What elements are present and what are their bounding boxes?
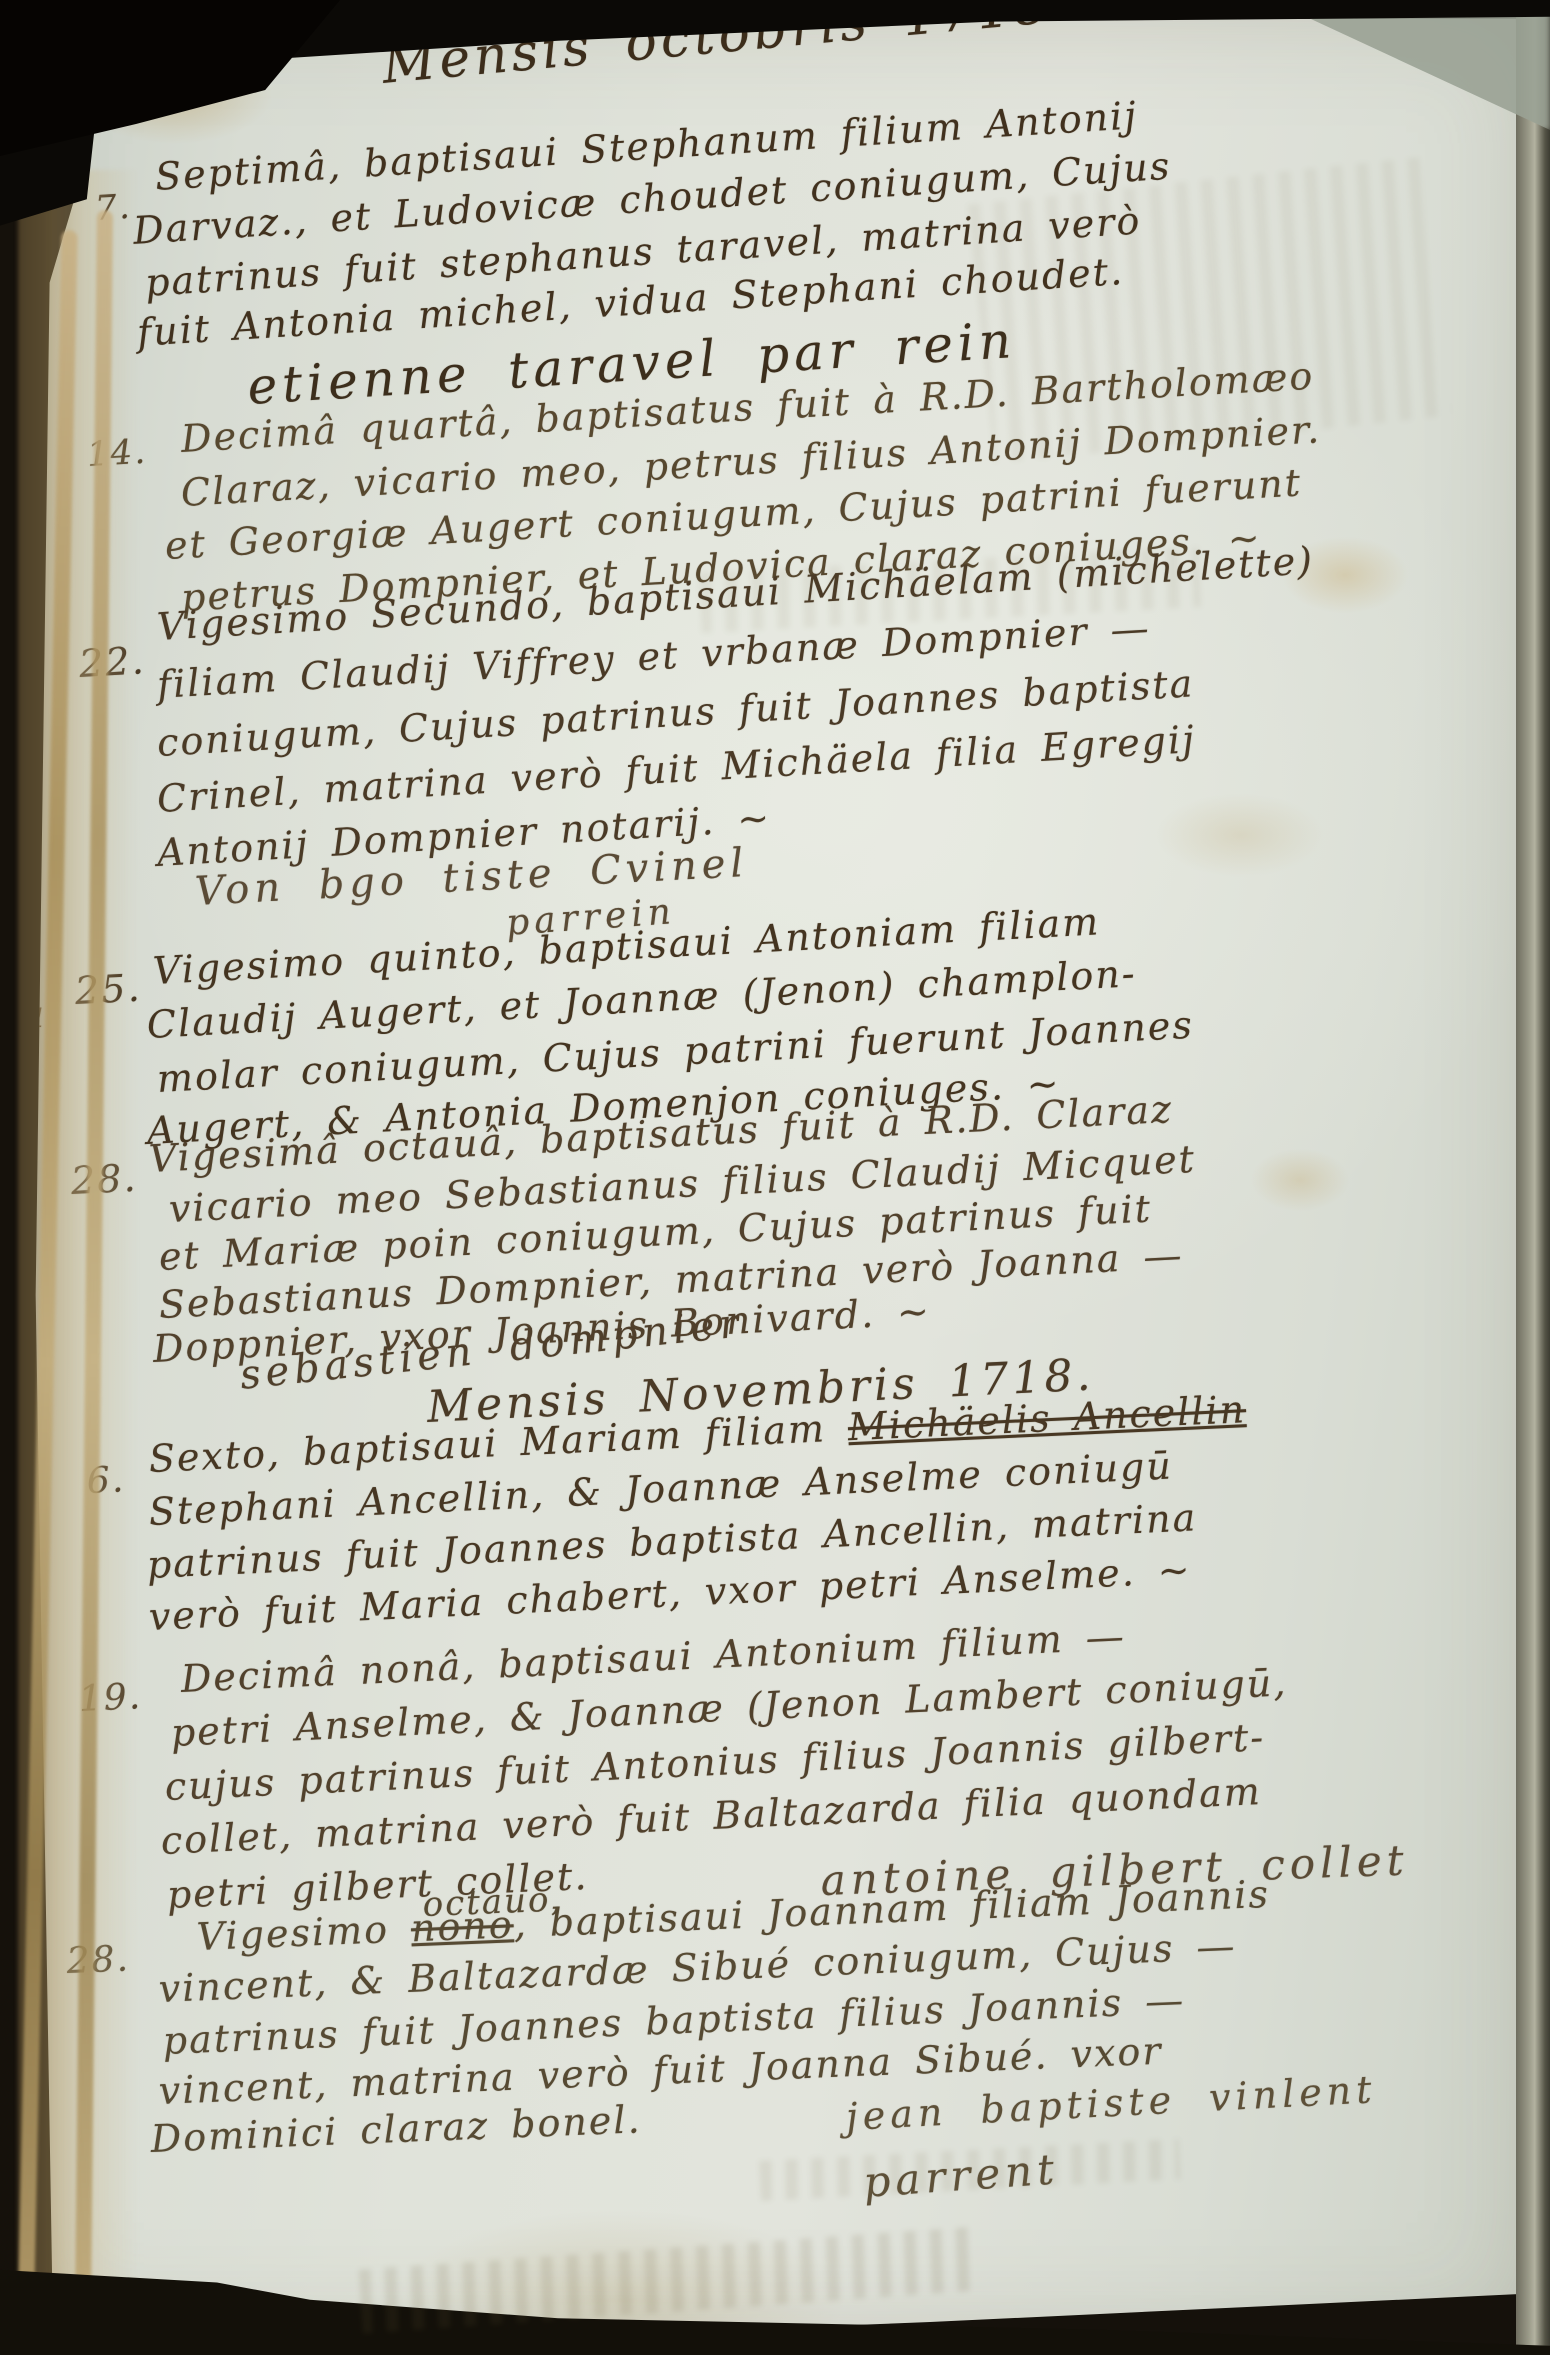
- page-block-edge: [1516, 0, 1550, 2355]
- interlinear-correction: octauo,: [422, 1882, 564, 1922]
- bleed-through-text: [968, 157, 1453, 464]
- register-text: Vigesimo: [196, 1906, 412, 1959]
- register-photo: 170.+1Mensis octobris 17187.Septimâ, bap…: [0, 0, 1550, 2355]
